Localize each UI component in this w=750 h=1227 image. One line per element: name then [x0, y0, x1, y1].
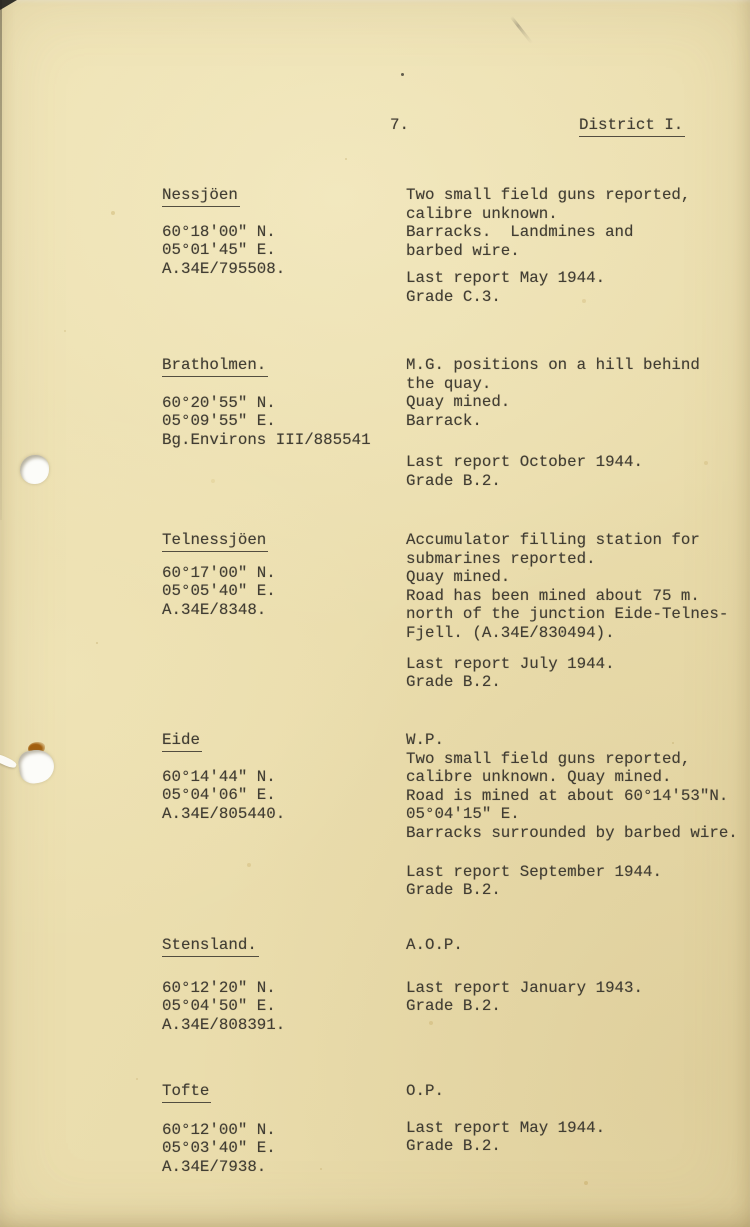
entry-left-column: Telnessjöen 60°17'00" N.05°05'40" E.A.34… — [162, 531, 400, 619]
notes-line: barbed wire. — [406, 242, 750, 261]
coords-line: 60°14'44" N. — [162, 768, 400, 787]
report-status: Last report September 1944.Grade B.2. — [406, 863, 750, 900]
report-line: Last report September 1944. — [406, 863, 750, 882]
entry-right-column: Two small field guns reported,calibre un… — [406, 186, 750, 307]
entry-left-column: Bratholmen. 60°20'55" N.05°09'55" E.Bg.E… — [162, 356, 400, 449]
location-name: Tofte — [162, 1082, 211, 1103]
location-coordinates: 60°12'20" N.05°04'50" E.A.34E/808391. — [162, 979, 400, 1035]
report-status: Last report May 1944.Grade C.3. — [406, 269, 750, 306]
notes-line: Accumulator filling station for — [406, 531, 750, 550]
report-status: Last report January 1943.Grade B.2. — [406, 979, 750, 1016]
defence-notes: Accumulator filling station forsubmarine… — [406, 531, 750, 643]
report-status: Last report May 1944.Grade B.2. — [406, 1119, 750, 1156]
coords-line: Bg.Environs III/885541 — [162, 431, 400, 450]
report-line: Last report May 1944. — [406, 269, 750, 288]
entries: Nessjöen 60°18'00" N.05°01'45" E.A.34E/7… — [0, 0, 750, 1227]
coords-line: A.34E/7938. — [162, 1158, 400, 1177]
coords-line: A.34E/808391. — [162, 1016, 400, 1035]
location-name: Nessjöen — [162, 186, 240, 207]
notes-line: calibre unknown. — [406, 205, 750, 224]
location-name: Telnessjöen — [162, 531, 268, 552]
location-coordinates: 60°12'00" N.05°03'40" E.A.34E/7938. — [162, 1121, 400, 1177]
notes-line: calibre unknown. Quay mined. — [406, 768, 750, 787]
report-line: Last report October 1944. — [406, 453, 750, 472]
defence-notes: A.O.P. — [406, 936, 750, 955]
report-line: Grade B.2. — [406, 673, 750, 692]
notes-line: Barrack. — [406, 412, 750, 431]
entry-right-column: W.P.Two small field guns reported,calibr… — [406, 731, 750, 900]
notes-line: O.P. — [406, 1082, 750, 1101]
notes-line: the quay. — [406, 375, 750, 394]
report-line: Last report July 1944. — [406, 655, 750, 674]
notes-line: A.O.P. — [406, 936, 750, 955]
entry-right-column: M.G. positions on a hill behindthe quay.… — [406, 356, 750, 491]
coords-line: A.34E/8348. — [162, 601, 400, 620]
location-coordinates: 60°14'44" N.05°04'06" E.A.34E/805440. — [162, 768, 400, 824]
notes-line: M.G. positions on a hill behind — [406, 356, 750, 375]
notes-line: Quay mined. — [406, 393, 750, 412]
notes-line: Road is mined at about 60°14'53"N. — [406, 787, 750, 806]
location-coordinates: 60°20'55" N.05°09'55" E.Bg.Environs III/… — [162, 394, 400, 450]
defence-notes: O.P. — [406, 1082, 750, 1101]
entry-right-column: Accumulator filling station forsubmarine… — [406, 531, 750, 692]
coords-line: A.34E/795508. — [162, 260, 400, 279]
notes-line: Barracks surrounded by barbed wire. — [406, 824, 750, 843]
location-name: Eide — [162, 731, 202, 752]
notes-line: Quay mined. — [406, 568, 750, 587]
entry-left-column: Stensland. 60°12'20" N.05°04'50" E.A.34E… — [162, 936, 400, 1034]
coords-line: 05°04'50" E. — [162, 997, 400, 1016]
notes-line: 05°04'15" E. — [406, 805, 750, 824]
report-line: Grade C.3. — [406, 288, 750, 307]
coords-line: 60°17'00" N. — [162, 564, 400, 583]
notes-line: Road has been mined about 75 m. — [406, 587, 750, 606]
report-line: Grade B.2. — [406, 472, 750, 491]
entry-left-column: Nessjöen 60°18'00" N.05°01'45" E.A.34E/7… — [162, 186, 400, 278]
coords-line: 05°03'40" E. — [162, 1139, 400, 1158]
entry-right-column: A.O.P. Last report January 1943.Grade B.… — [406, 936, 750, 1016]
report-line: Last report January 1943. — [406, 979, 750, 998]
notes-line: Two small field guns reported, — [406, 186, 750, 205]
report-status: Last report July 1944.Grade B.2. — [406, 655, 750, 692]
notes-line: Fjell. (A.34E/830494). — [406, 624, 750, 643]
coords-line: 60°20'55" N. — [162, 394, 400, 413]
coords-line: 60°12'00" N. — [162, 1121, 400, 1140]
location-coordinates: 60°17'00" N.05°05'40" E.A.34E/8348. — [162, 564, 400, 620]
notes-line: submarines reported. — [406, 550, 750, 569]
notes-line: Two small field guns reported, — [406, 750, 750, 769]
coords-line: 60°12'20" N. — [162, 979, 400, 998]
notes-line: north of the junction Eide-Telnes- — [406, 605, 750, 624]
entry-left-column: Tofte 60°12'00" N.05°03'40" E.A.34E/7938… — [162, 1082, 400, 1176]
defence-notes: M.G. positions on a hill behindthe quay.… — [406, 356, 750, 430]
coords-line: A.34E/805440. — [162, 805, 400, 824]
entry-left-column: Eide 60°14'44" N.05°04'06" E.A.34E/80544… — [162, 731, 400, 823]
report-line: Grade B.2. — [406, 1137, 750, 1156]
notes-line: Barracks. Landmines and — [406, 223, 750, 242]
defence-notes: Two small field guns reported,calibre un… — [406, 186, 750, 260]
report-line: Grade B.2. — [406, 881, 750, 900]
defence-notes: W.P.Two small field guns reported,calibr… — [406, 731, 750, 843]
location-name: Stensland. — [162, 936, 259, 957]
entry-right-column: O.P. Last report May 1944.Grade B.2. — [406, 1082, 750, 1156]
report-line: Last report May 1944. — [406, 1119, 750, 1138]
coords-line: 05°01'45" E. — [162, 241, 400, 260]
coords-line: 05°04'06" E. — [162, 786, 400, 805]
coords-line: 60°18'00" N. — [162, 223, 400, 242]
scanned-document-page: 7. District I. Nessjöen 60°18'00" N.05°0… — [0, 0, 750, 1227]
report-status: Last report October 1944.Grade B.2. — [406, 453, 750, 490]
report-line: Grade B.2. — [406, 997, 750, 1016]
location-coordinates: 60°18'00" N.05°01'45" E.A.34E/795508. — [162, 223, 400, 279]
notes-line: W.P. — [406, 731, 750, 750]
location-name: Bratholmen. — [162, 356, 268, 377]
coords-line: 05°09'55" E. — [162, 412, 400, 431]
coords-line: 05°05'40" E. — [162, 582, 400, 601]
